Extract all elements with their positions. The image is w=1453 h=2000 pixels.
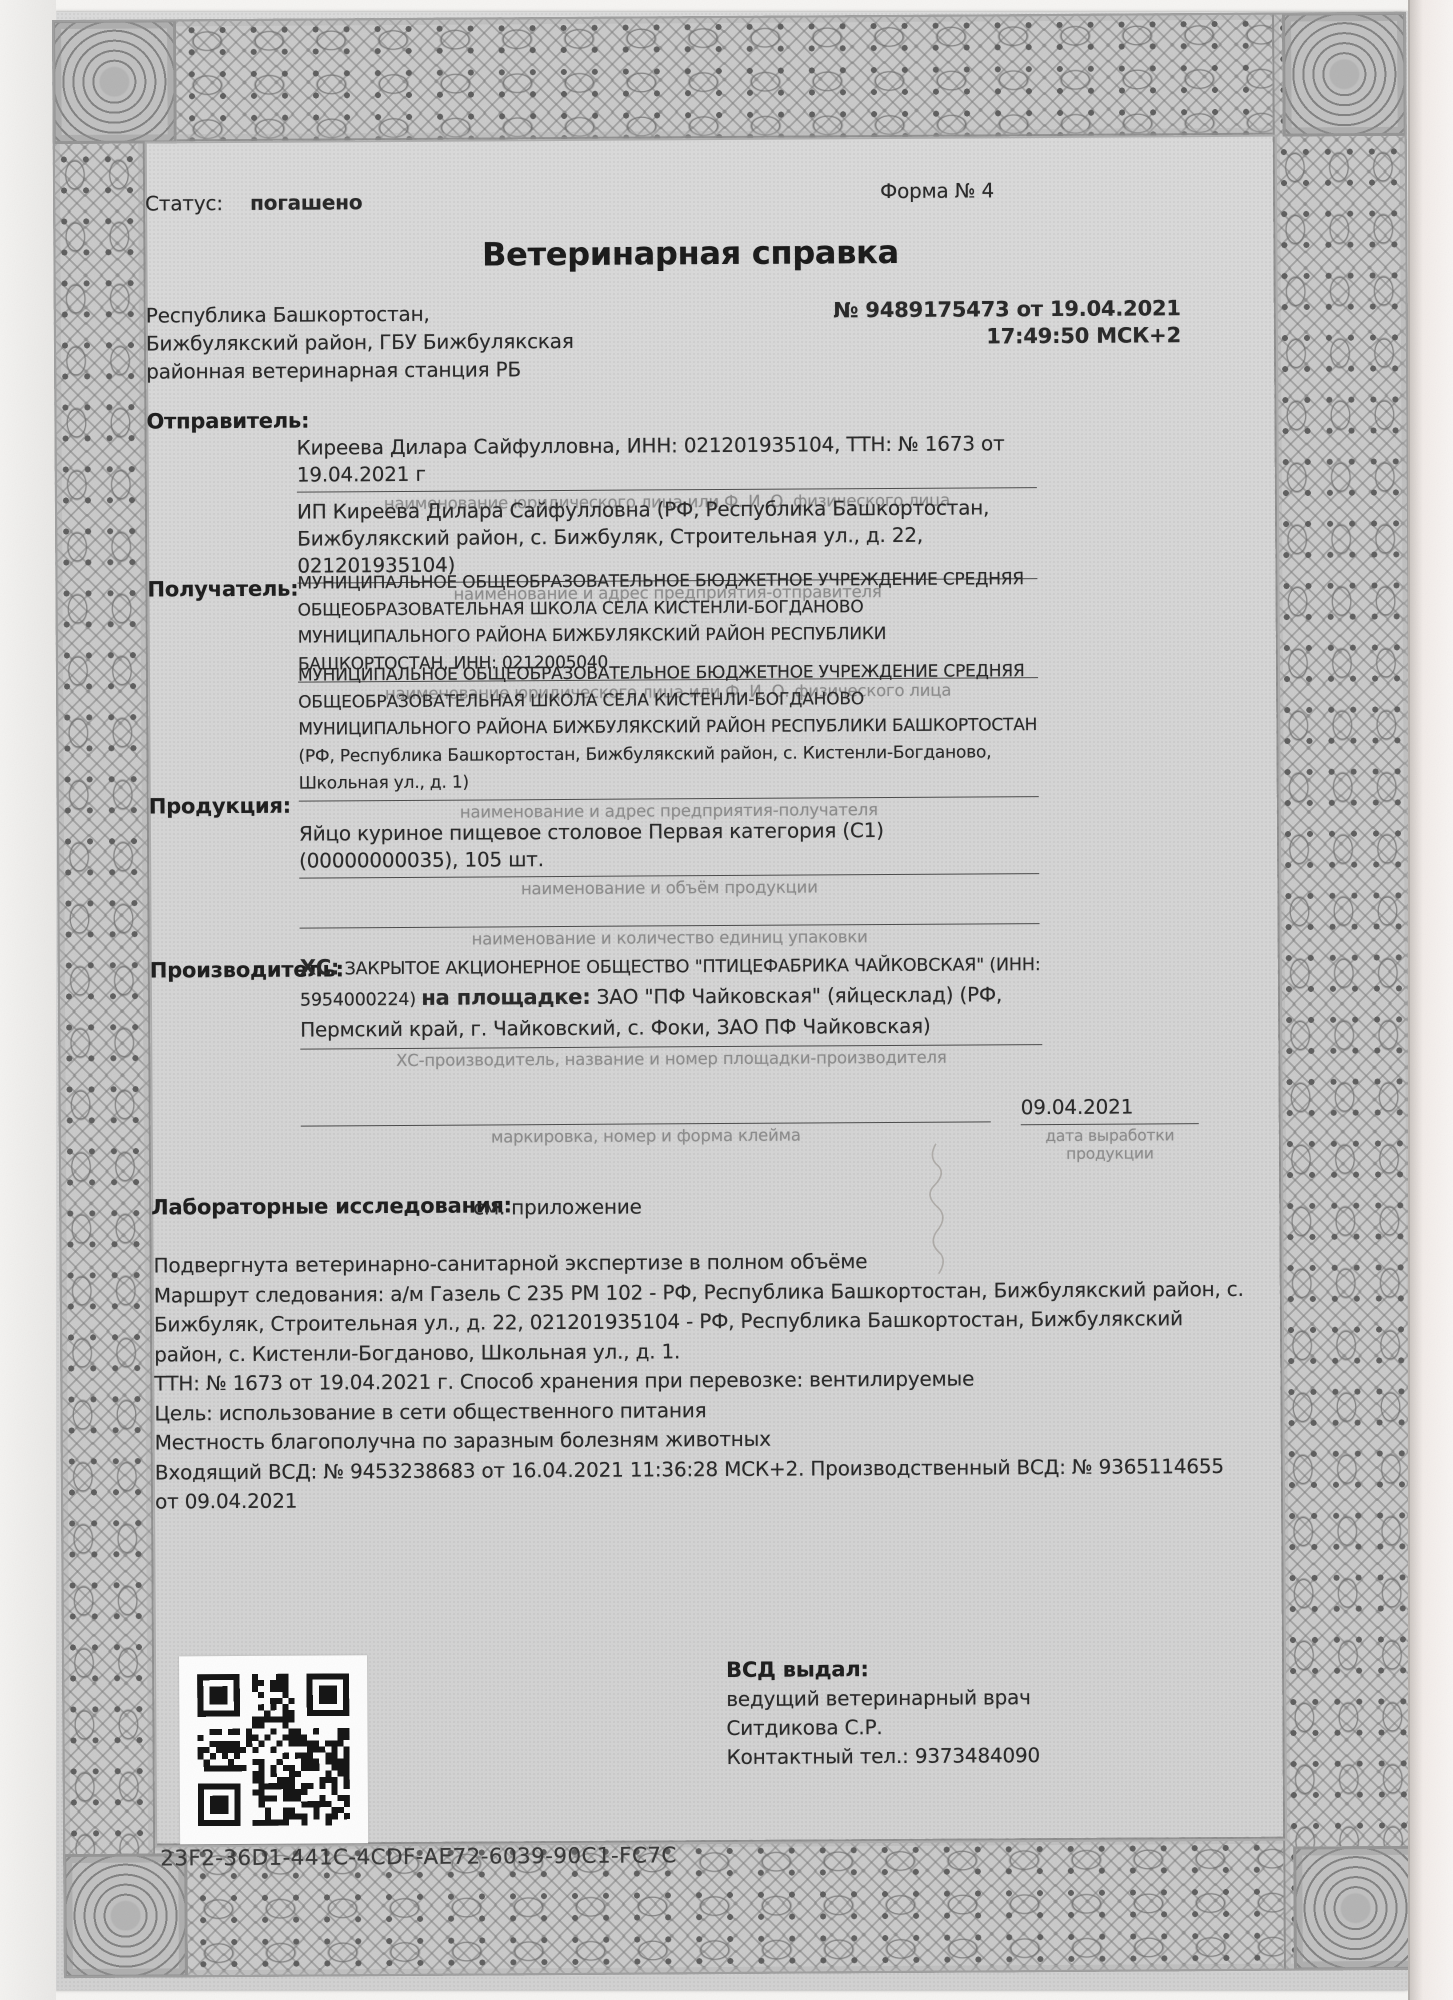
detail-line: Маршрут следования: а/м Газель С 235 РМ … bbox=[154, 1274, 1250, 1369]
marking-caption: маркировка, номер и форма клейма bbox=[301, 1124, 991, 1147]
issued-block: ВСД выдал: ведущий ветеринарный врач Сит… bbox=[726, 1654, 1040, 1772]
issued-label: ВСД выдал: bbox=[726, 1654, 1040, 1685]
scan-edge-right bbox=[1408, 0, 1453, 2000]
issuing-organization: Республика Башкортостан, Бижбулякский ра… bbox=[146, 299, 587, 386]
producer-hs-label: ХС: bbox=[300, 955, 340, 979]
production-date-field: 09.04.2021 дата выработки продукции bbox=[1021, 1093, 1199, 1163]
sender-label: Отправитель: bbox=[146, 409, 309, 434]
lab-label: Лабораторные исследования: bbox=[151, 1193, 512, 1219]
sender-name-value: Киреева Дилара Сайфулловна, ИНН: 0212019… bbox=[297, 430, 1037, 493]
marking-value-empty bbox=[301, 1094, 991, 1126]
producer-site-label: на площадке: bbox=[421, 985, 590, 1010]
product-field: Яйцо куриное пищевое столовое Первая кат… bbox=[299, 816, 1039, 900]
production-date-value: 09.04.2021 bbox=[1021, 1093, 1199, 1125]
document-uuid: 23F2-36D1-441C-4CDF-AE72-6039-90C1-FC7C bbox=[160, 1843, 677, 1871]
receiver-address-value: МУНИЦИПАЛЬНОЕ ОБЩЕОБРАЗОВАТЕЛЬНОЕ БЮДЖЕТ… bbox=[298, 658, 1039, 802]
issuer-phone: Контактный тел.: 9373484090 bbox=[727, 1741, 1041, 1772]
packaging-caption: наименование и количество единиц упаковк… bbox=[300, 926, 1040, 950]
form-number: Форма № 4 bbox=[880, 178, 994, 203]
packaging-field: наименование и количество единиц упаковк… bbox=[299, 896, 1039, 950]
status-label: Статус: bbox=[145, 191, 223, 215]
product-value: Яйцо куриное пищевое столовое Первая кат… bbox=[299, 816, 1039, 879]
document-number: № 9489175473 от 19.04.2021 bbox=[696, 295, 1181, 325]
issuer-name: Ситдикова С.Р. bbox=[726, 1712, 1040, 1743]
handwritten-mark bbox=[906, 1139, 962, 1279]
lab-value: см. приложение bbox=[473, 1195, 642, 1220]
issuer-position: ведущий ветеринарный врач bbox=[726, 1683, 1040, 1714]
production-label: Продукция: bbox=[149, 794, 291, 819]
details-paragraph: Подвергнута ветеринарно-санитарной экспе… bbox=[154, 1245, 1251, 1517]
qr-code-matrix bbox=[197, 1673, 350, 1826]
scanned-certificate-page: Статус: погашено Форма № 4 Ветеринарная … bbox=[0, 0, 1453, 2000]
document-title: Ветеринарная справка bbox=[145, 231, 1235, 276]
qr-code bbox=[179, 1655, 368, 1844]
marking-field: маркировка, номер и форма клейма bbox=[301, 1094, 991, 1147]
receiver-address-field: МУНИЦИПАЛЬНОЕ ОБЩЕОБРАЗОВАТЕЛЬНОЕ БЮДЖЕТ… bbox=[298, 658, 1039, 823]
packaging-value-empty bbox=[299, 896, 1039, 929]
status-value: погашено bbox=[250, 190, 362, 215]
document-time: 17:49:50 МСК+2 bbox=[696, 322, 1181, 352]
receiver-label: Получатель: bbox=[147, 577, 298, 602]
producer-field: ХС: ЗАКРЫТОЕ АКЦИОНЕРНОЕ ОБЩЕСТВО "ПТИЦЕ… bbox=[300, 948, 1043, 1071]
production-date-caption: дата выработки продукции bbox=[1021, 1126, 1199, 1163]
detail-line: Входящий ВСД: № 9453238683 от 16.04.2021… bbox=[155, 1451, 1250, 1517]
producer-value: ХС: ЗАКРЫТОЕ АКЦИОНЕРНОЕ ОБЩЕСТВО "ПТИЦЕ… bbox=[300, 948, 1043, 1050]
producer-caption: ХС-производитель, название и номер площа… bbox=[300, 1047, 1042, 1071]
